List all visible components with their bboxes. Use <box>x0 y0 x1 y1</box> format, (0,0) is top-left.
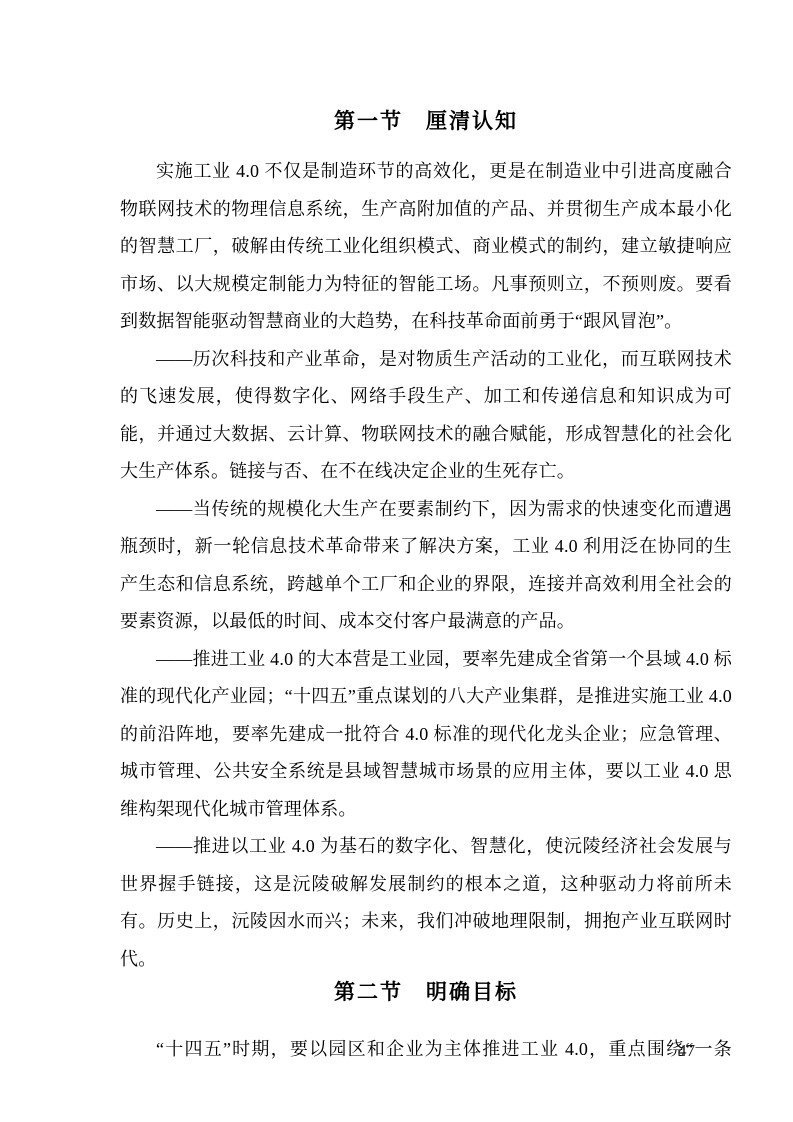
section-heading-1: 第一节 厘清认知 <box>120 0 732 134</box>
paragraph: “十四五”时期，要以园区和企业为主体推进工业 4.0，重点围绕“一条 <box>120 1031 732 1069</box>
paragraph: ——推进以工业 4.0 为基石的数字化、智慧化，使沅陵经济社会发展与世界握手链接… <box>120 828 732 978</box>
document-page: 第一节 厘清认知 实施工业 4.0 不仅是制造环节的高效化，更是在制造业中引进高… <box>0 0 793 1122</box>
paragraph: 实施工业 4.0 不仅是制造环节的高效化，更是在制造业中引进高度融合物联网技术的… <box>120 153 732 341</box>
section-heading-2: 第二节 明确目标 <box>120 978 732 1005</box>
page-number: 47 <box>678 1040 695 1062</box>
paragraph: ——当传统的规模化大生产在要素制约下，因为需求的快速变化而遭遇瓶颈时，新一轮信息… <box>120 491 732 641</box>
text-column: 第一节 厘清认知 实施工业 4.0 不仅是制造环节的高效化，更是在制造业中引进高… <box>120 0 732 1069</box>
paragraph: ——推进工业 4.0 的大本营是工业园，要率先建成全省第一个县域 4.0 标准的… <box>120 641 732 829</box>
paragraph: ——历次科技和产业革命，是对物质生产活动的工业化，而互联网技术的飞速发展，使得数… <box>120 341 732 491</box>
